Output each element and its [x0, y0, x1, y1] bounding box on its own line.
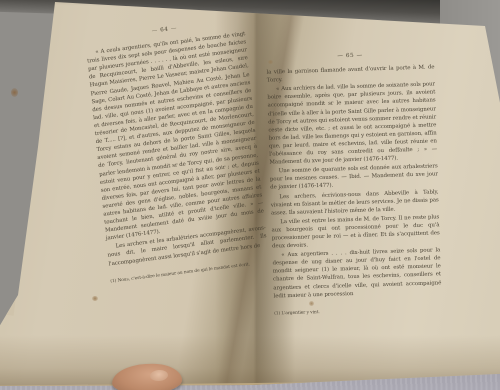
- right-paragraph-quote-1: « Aux archiers de lad. ville la somme de…: [267, 81, 437, 167]
- photo-frame: — 64 — « A ceuls argentiers, qu'ils ont …: [0, 0, 500, 390]
- right-paragraph-quote-3: « Aux argentiers . . . . dix-huit livres…: [272, 246, 441, 300]
- left-page-text: — 64 — « A ceuls argentiers, qu'ils ont …: [85, 16, 270, 284]
- right-paragraph-commentary-2: La ville est entre les mains de M. de To…: [271, 213, 440, 251]
- left-paragraph-quote: « A ceuls argentiers, qu'ils ont paié, l…: [86, 30, 265, 243]
- foxing-spot: [309, 301, 314, 306]
- foxing-spot: [92, 296, 98, 301]
- foxing-spot: [268, 60, 273, 64]
- right-page-text: — 65 — la ville la garnison flamande ava…: [266, 49, 442, 316]
- stain-spot: [11, 88, 18, 97]
